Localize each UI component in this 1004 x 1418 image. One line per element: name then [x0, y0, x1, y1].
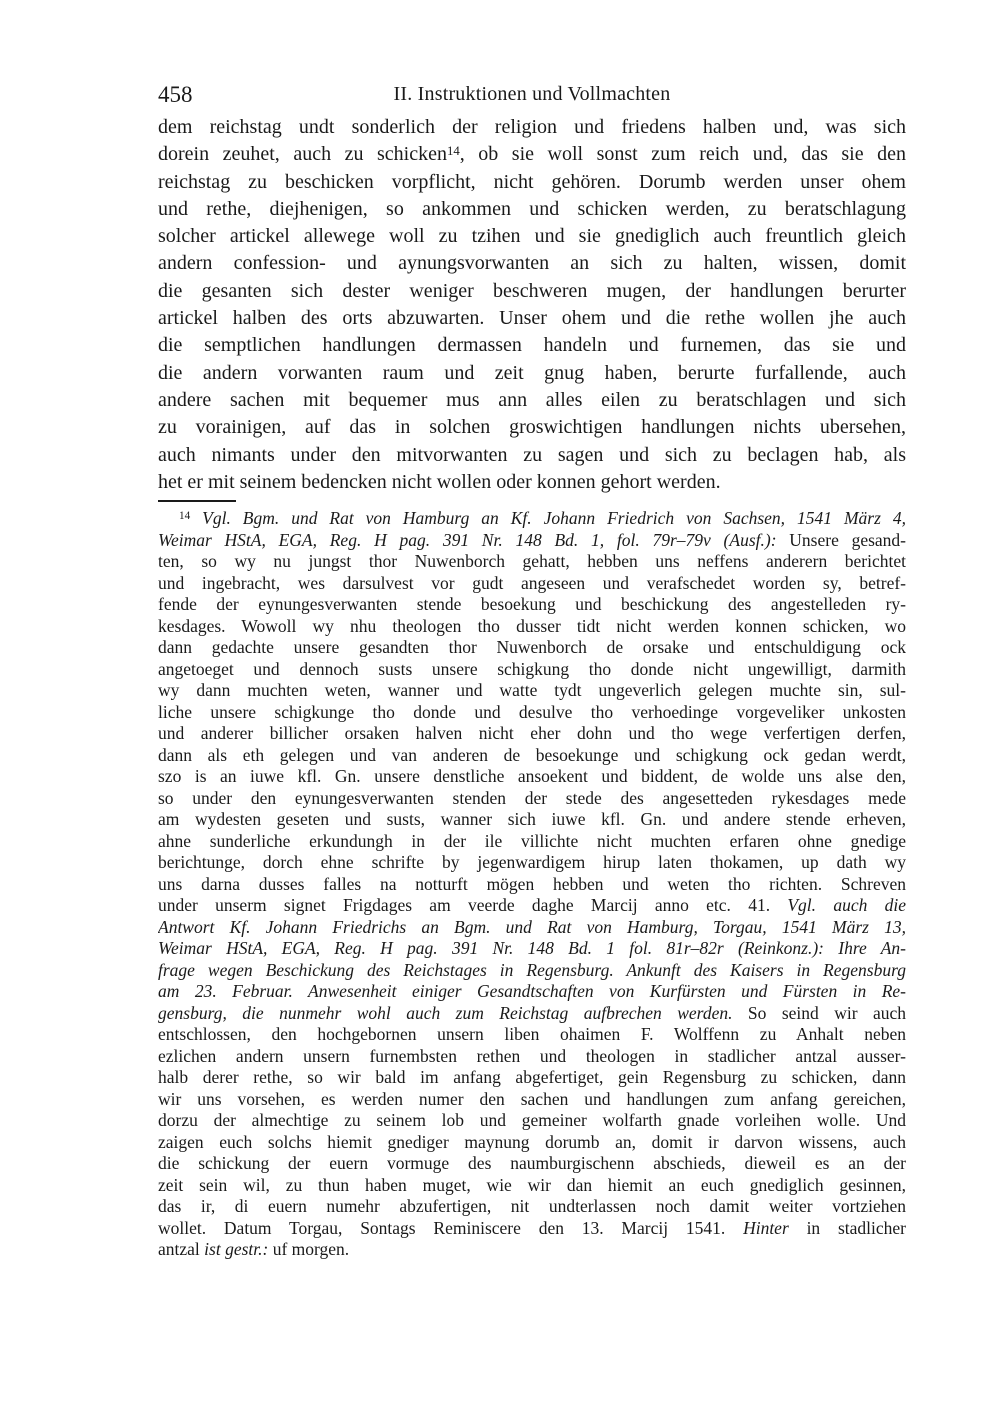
footnote-14-block: 14 Vgl. Bgm. und Rat von Hamburg an Kf. … — [158, 508, 906, 1261]
text-line: auch nimants under den mitvorwanten zu s… — [158, 442, 906, 469]
text-segment: Vgl. auch die — [787, 895, 906, 915]
text-line: solcher artickel allewege woll zu tzihen… — [158, 223, 906, 250]
text-segment: ahne sunderliche erkundungh in der ile v… — [158, 831, 906, 851]
text-line: dorzu der almechtige zu seinem lob und g… — [158, 1110, 906, 1132]
text-line: Weimar HStA, EGA, Reg. H pag. 391 Nr. 14… — [158, 530, 906, 552]
text-segment: die semptlichen handlungen dermassen han… — [158, 334, 906, 356]
text-segment: wy dann muchten weten, wanner und watte … — [158, 680, 906, 700]
text-line: berichtunge, dorch ehne schrifte by jege… — [158, 852, 906, 874]
text-line: dem reichstag undt sonderlich der religi… — [158, 114, 906, 141]
text-line: gensburg, die nunmehr wohl auch zum Reic… — [158, 1003, 906, 1025]
text-line: Weimar HStA, EGA, Reg. H pag. 391 Nr. 14… — [158, 938, 906, 960]
text-line: dann gedachte unsere gesandten thor Nuwe… — [158, 637, 906, 659]
text-line: Antwort Kf. Johann Friedrichs an Bgm. un… — [158, 917, 906, 939]
text-line: kesdages. Wowoll wy nhu theologen tho du… — [158, 616, 906, 638]
text-segment: antzal — [158, 1239, 204, 1259]
text-line: wollet. Datum Torgau, Sontags Reminiscer… — [158, 1218, 906, 1240]
text-segment: fende der eynungesverwanten stende besoe… — [158, 594, 906, 614]
text-segment: szo is an iuwe kfl. Gn. unsere denstlich… — [158, 766, 906, 786]
text-segment: het er mit seinem bedencken nicht wollen… — [158, 471, 721, 493]
text-segment: berichtunge, dorch ehne schrifte by jege… — [158, 852, 906, 872]
text-segment: Antwort Kf. Johann Friedrichs an Bgm. un… — [158, 917, 906, 937]
text-segment: reichstag zu beschicken vorpflicht, nich… — [158, 171, 906, 193]
text-line: antzal ist gestr.: uf morgen. — [158, 1239, 906, 1261]
text-line: am wydesten geseten und susts, wanner si… — [158, 809, 906, 831]
text-segment: so under den eynungesverwanten stenden d… — [158, 788, 906, 808]
text-line: dorein zeuhet, auch zu schicken14, ob si… — [158, 141, 906, 168]
text-segment: auch nimants under den mitvorwanten zu s… — [158, 444, 906, 466]
text-segment: zeit sein wil, zu thun haben muget, wie … — [158, 1175, 906, 1195]
book-page: 458 II. Instruktionen und Vollmachten de… — [0, 0, 1004, 1418]
text-line: 14 Vgl. Bgm. und Rat von Hamburg an Kf. … — [158, 508, 906, 530]
page-header: 458 II. Instruktionen und Vollmachten — [158, 79, 906, 107]
text-line: die semptlichen handlungen dermassen han… — [158, 332, 906, 359]
text-line: ezlichen andern unsern furnembsten rethe… — [158, 1046, 906, 1068]
text-segment: , ob sie woll sonst zum reich und, das s… — [460, 143, 906, 165]
text-segment: uf morgen. — [268, 1239, 349, 1259]
text-line: so under den eynungesverwanten stenden d… — [158, 788, 906, 810]
text-line: zu vorainigen, auf das in solchen groswi… — [158, 414, 906, 441]
text-segment: solcher artickel allewege woll zu tzihen… — [158, 225, 906, 247]
text-segment: dem reichstag undt sonderlich der religi… — [158, 116, 906, 138]
text-segment: under unserm signet Frigdages am veerde … — [158, 895, 787, 915]
text-line: und anderer billicher orsaken halven nic… — [158, 723, 906, 745]
book-page-scan: { "page": { "background_color": "#ffffff… — [0, 0, 1004, 1418]
text-line: under unserm signet Frigdages am veerde … — [158, 895, 906, 917]
text-line: die gesanten sich dester weniger beschwe… — [158, 278, 906, 305]
text-line: artickel halben des orts abzuwarten. Uns… — [158, 305, 906, 332]
text-segment: halb derer rethe, so wir bald im anfang … — [158, 1067, 906, 1087]
text-segment: und anderer billicher orsaken halven nic… — [158, 723, 906, 743]
text-segment: gensburg, die nunmehr wohl auch zum Reic… — [158, 1003, 732, 1023]
text-line: uns darna dusses falles na notturft möge… — [158, 874, 906, 896]
running-header-title: II. Instruktionen und Vollmachten — [158, 82, 906, 106]
text-line: ahne sunderliche erkundungh in der ile v… — [158, 831, 906, 853]
text-segment: dorzu der almechtige zu seinem lob und g… — [158, 1110, 906, 1130]
text-line: andere sachen mit bequemer mus ann alles… — [158, 387, 906, 414]
text-segment: artickel halben des orts abzuwarten. Uns… — [158, 307, 906, 329]
footnote-reference-marker: 14 — [447, 144, 460, 158]
text-segment: wir uns vorsehen, es werden numer den sa… — [158, 1089, 906, 1109]
text-line: szo is an iuwe kfl. Gn. unsere denstlich… — [158, 766, 906, 788]
text-segment: kesdages. Wowoll wy nhu theologen tho du… — [158, 616, 906, 636]
text-segment: Unsere gesand- — [777, 530, 906, 550]
text-segment: dann als eth gelegen und van anderen de … — [158, 745, 906, 765]
text-segment: Hinter — [743, 1218, 789, 1238]
text-segment: andern confession- und aynungsvorwanten … — [158, 252, 906, 274]
text-segment: das ir, di euern numehr abzufertigen, ni… — [158, 1196, 906, 1216]
text-line: reichstag zu beschicken vorpflicht, nich… — [158, 169, 906, 196]
text-segment: und ingebracht, wes darsulvest vor gudt … — [158, 573, 906, 593]
text-segment: Weimar HStA, EGA, Reg. H pag. 391 Nr. 14… — [158, 938, 906, 958]
text-segment: die andern vorwanten raum und zeit gnug … — [158, 362, 906, 384]
text-segment: und rethe, diejhenigen, so ankommen und … — [158, 198, 906, 220]
text-segment: ten, so wy nu jungst thor Nuwenborch geh… — [158, 551, 906, 571]
text-segment: liche unsere schigkunge tho donde und de… — [158, 702, 906, 722]
text-line: halb derer rethe, so wir bald im anfang … — [158, 1067, 906, 1089]
text-line: wy dann muchten weten, wanner und watte … — [158, 680, 906, 702]
text-line: die schickung der euern vormuge des naum… — [158, 1153, 906, 1175]
text-segment: Vgl. Bgm. und Rat von Hamburg an Kf. Joh… — [190, 508, 906, 528]
text-segment: die schickung der euern vormuge des naum… — [158, 1153, 906, 1173]
text-segment: andere sachen mit bequemer mus ann alles… — [158, 389, 906, 411]
text-line: frage wegen Beschickung des Reichstages … — [158, 960, 906, 982]
text-line: am 23. Februar. Anwesenheit einiger Gesa… — [158, 981, 906, 1003]
text-line: zaigen euch solchs hiemit gnediger maynu… — [158, 1132, 906, 1154]
text-segment: am 23. Februar. Anwesenheit einiger Gesa… — [158, 981, 906, 1001]
text-line: ten, so wy nu jungst thor Nuwenborch geh… — [158, 551, 906, 573]
footnote-reference-marker: 14 — [179, 510, 190, 522]
text-line: und rethe, diejhenigen, so ankommen und … — [158, 196, 906, 223]
text-segment: ist gestr.: — [204, 1239, 268, 1259]
text-line: das ir, di euern numehr abzufertigen, ni… — [158, 1196, 906, 1218]
text-segment: zu vorainigen, auf das in solchen groswi… — [158, 416, 906, 438]
text-line: het er mit seinem bedencken nicht wollen… — [158, 469, 906, 496]
footnote-separator-rule — [158, 500, 236, 502]
main-text-paragraph: dem reichstag undt sonderlich der religi… — [158, 114, 906, 496]
text-segment: in stadlicher — [789, 1218, 906, 1238]
text-line: und ingebracht, wes darsulvest vor gudt … — [158, 573, 906, 595]
text-segment: zaigen euch solchs hiemit gnediger maynu… — [158, 1132, 906, 1152]
text-line: andern confession- und aynungsvorwanten … — [158, 250, 906, 277]
text-segment: dorein zeuhet, auch zu schicken — [158, 143, 447, 165]
text-segment: dann gedachte unsere gesandten thor Nuwe… — [158, 637, 906, 657]
text-line: die andern vorwanten raum und zeit gnug … — [158, 360, 906, 387]
text-segment: entschlossen, den hochgebornen unsern li… — [158, 1024, 906, 1044]
text-segment: So seind wir auch — [732, 1003, 906, 1023]
text-segment: am wydesten geseten und susts, wanner si… — [158, 809, 906, 829]
text-segment: angetoeget und dennoch susts unsere schi… — [158, 659, 906, 679]
text-segment: uns darna dusses falles na notturft möge… — [158, 874, 906, 894]
text-line: wir uns vorsehen, es werden numer den sa… — [158, 1089, 906, 1111]
text-segment: Weimar HStA, EGA, Reg. H pag. 391 Nr. 14… — [158, 530, 777, 550]
text-segment: wollet. Datum Torgau, Sontags Reminiscer… — [158, 1218, 743, 1238]
text-line: fende der eynungesverwanten stende besoe… — [158, 594, 906, 616]
text-segment: die gesanten sich dester weniger beschwe… — [158, 280, 906, 302]
text-line: liche unsere schigkunge tho donde und de… — [158, 702, 906, 724]
text-line: entschlossen, den hochgebornen unsern li… — [158, 1024, 906, 1046]
text-line: dann als eth gelegen und van anderen de … — [158, 745, 906, 767]
text-segment: frage wegen Beschickung des Reichstages … — [158, 960, 906, 980]
text-line: zeit sein wil, zu thun haben muget, wie … — [158, 1175, 906, 1197]
text-line: angetoeget und dennoch susts unsere schi… — [158, 659, 906, 681]
text-segment: ezlichen andern unsern furnembsten rethe… — [158, 1046, 906, 1066]
